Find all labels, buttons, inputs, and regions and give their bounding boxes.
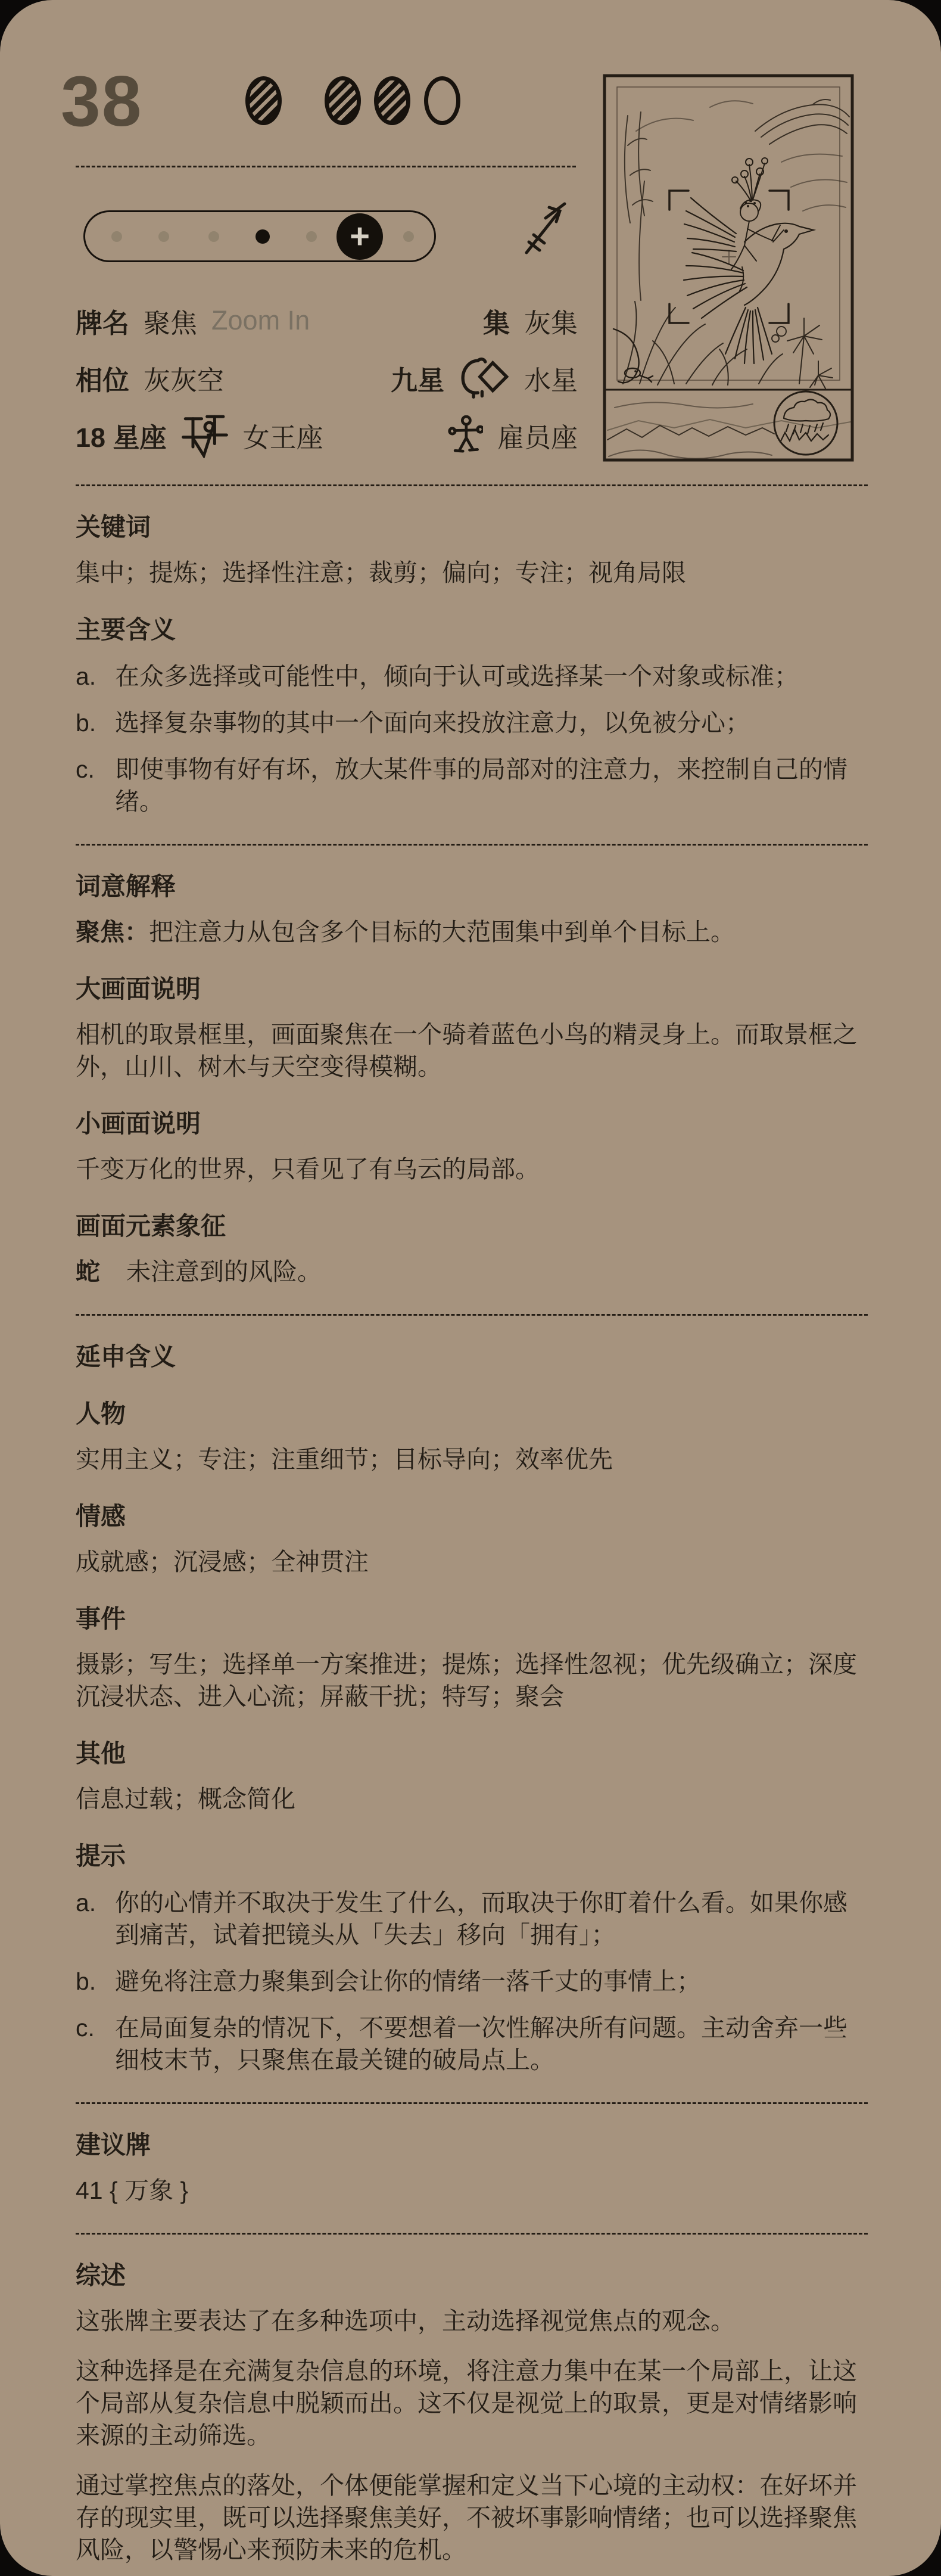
set-label: 集: [483, 302, 510, 340]
tip-item: b. 避免将注意力聚集到会让你的情绪一落千丈的事情上；: [76, 1965, 868, 1997]
extended-group-title: 其他: [76, 1738, 868, 1770]
zoom-step-dot[interactable]: [208, 231, 219, 242]
symbol-term: 蛇: [76, 1258, 100, 1285]
mercury-sigil-icon: [459, 356, 510, 399]
zoom-slider[interactable]: +: [83, 210, 436, 262]
section-title-word-explain: 词意解释: [76, 871, 868, 903]
summary-paragraph: 这种选择是在充满复杂信息的环境，将注意力集中在某一个局部上，让这个局部从复杂信息…: [76, 2355, 868, 2451]
set-value: 灰集: [524, 302, 578, 340]
card-illustration[interactable]: [603, 74, 854, 462]
dashed-divider: [76, 484, 868, 486]
main-meaning-item: a. 在众多选择或可能性中，倾向于认可或选择某一个对象或标准；: [76, 660, 868, 692]
zoom-step-dot[interactable]: [111, 231, 122, 242]
field-row-zodiac-employee: 18 星座 女王座: [76, 408, 578, 462]
employee-value: 雇员座: [497, 416, 578, 455]
suggest-card-value: 41 { 万象 }: [76, 2174, 868, 2207]
zoom-step-dot-active[interactable]: [255, 229, 270, 244]
big-picture-text: 相机的取景框里，画面聚焦在一个骑着蓝色小鸟的精灵身上。而取景框之外，山川、树木与…: [76, 1018, 868, 1083]
section-title-extended: 延申含义: [76, 1341, 868, 1373]
pip-filled-icon: [245, 76, 282, 125]
dashed-divider: [76, 2233, 868, 2235]
card-description-body: 关键词 集中；提炼；选择性注意；裁剪；偏向；专注；视角局限 主要含义 a. 在众…: [76, 484, 868, 2566]
tip-item: c. 在局面复杂的情况下，不要想着一次性解决所有问题。主动舍弃一些细枝末节，只聚…: [76, 2012, 868, 2076]
name-value: 聚焦: [144, 302, 197, 340]
zoom-step-dot[interactable]: [306, 231, 317, 242]
name-value-en: Zoom In: [211, 305, 310, 336]
ninestar-value: 水星: [524, 359, 578, 397]
zoom-step-dot[interactable]: [403, 231, 414, 242]
extended-group-title: 情感: [76, 1500, 868, 1533]
aspect-label: 相位: [76, 359, 129, 397]
queen-sign-icon: [181, 412, 229, 458]
small-picture-text: 千变万化的世界，只看见了有乌云的局部。: [76, 1153, 868, 1185]
employee-sign-icon: [447, 415, 483, 455]
extended-group-title: 人物: [76, 1398, 868, 1430]
card-number: 38: [61, 66, 142, 137]
pip-empty-icon: [424, 76, 460, 125]
pip-filled-icon: [374, 76, 410, 125]
pip-filled-icon: [325, 76, 361, 125]
ninestar-label: 九星: [391, 359, 444, 397]
dashed-divider: [76, 1314, 868, 1316]
section-title-main-meanings: 主要含义: [76, 614, 868, 646]
section-title-suggest-card: 建议牌: [76, 2129, 868, 2161]
tip-item: a. 你的心情并不取决于发生了什么，而取决于你盯着什么看。如果你感到痛苦，试着把…: [76, 1887, 868, 1951]
main-meaning-item: c. 即使事物有好有坏，放大某件事的局部对的注意力，来控制自己的情绪。: [76, 753, 868, 818]
field-row-name-set: 牌名 聚焦 Zoom In 集 灰集: [76, 293, 578, 348]
section-title-tips: 提示: [76, 1840, 868, 1872]
summary-paragraph: 通过掌控焦点的落处，个体便能掌握和定义当下心境的主动权：在好坏并存的现实里，既可…: [76, 2469, 868, 2566]
dashed-divider: [76, 166, 576, 167]
section-title-keywords: 关键词: [76, 511, 868, 543]
dashed-divider: [76, 2102, 868, 2104]
dashed-divider: [76, 844, 868, 846]
zodiac-value: 女王座: [243, 416, 323, 455]
plus-icon: +: [350, 219, 370, 254]
symbol-text: 蛇未注意到的风险。: [76, 1256, 868, 1288]
main-meaning-item: b. 选择复杂事物的其中一个面向来投放注意力，以免被分心；: [76, 707, 868, 739]
extended-group-title: 事件: [76, 1603, 868, 1635]
zoom-step-dot[interactable]: [158, 231, 169, 242]
zoom-in-button[interactable]: +: [336, 213, 383, 260]
extended-group-text: 信息过载；概念简化: [76, 1783, 868, 1815]
section-title-big-picture: 大画面说明: [76, 973, 868, 1005]
extended-group-text: 摄影；写生；选择单一方案推进；提炼；选择性忽视；优先级确立；深度沉浸状态、进入心…: [76, 1648, 868, 1713]
name-label: 牌名: [76, 302, 129, 340]
section-title-small-picture: 小画面说明: [76, 1108, 868, 1140]
extended-group-text: 成就感；沉浸感；全神贯注: [76, 1546, 868, 1578]
section-title-summary: 综述: [76, 2260, 868, 2292]
keywords-text: 集中；提炼；选择性注意；裁剪；偏向；专注；视角局限: [76, 557, 868, 589]
section-title-symbols: 画面元素象征: [76, 1210, 868, 1242]
field-row-aspect-ninestar: 相位 灰灰空 九星 水星: [76, 350, 578, 405]
card-detail-page: 38: [0, 0, 941, 2576]
word-explain-text: 聚焦：把注意力从包含多个目标的大范围集中到单个目标上。: [76, 916, 868, 948]
arrow-sigil-icon: [519, 200, 572, 259]
word-explain-term: 聚焦：: [76, 918, 149, 946]
zodiac-label: 18 星座: [76, 416, 167, 455]
aspect-value: 灰灰空: [144, 359, 224, 397]
summary-paragraph: 这张牌主要表达了在多种选项中，主动选择视觉焦点的观念。: [76, 2305, 868, 2337]
extended-group-text: 实用主义；专注；注重细节；目标导向；效率优先: [76, 1443, 868, 1475]
